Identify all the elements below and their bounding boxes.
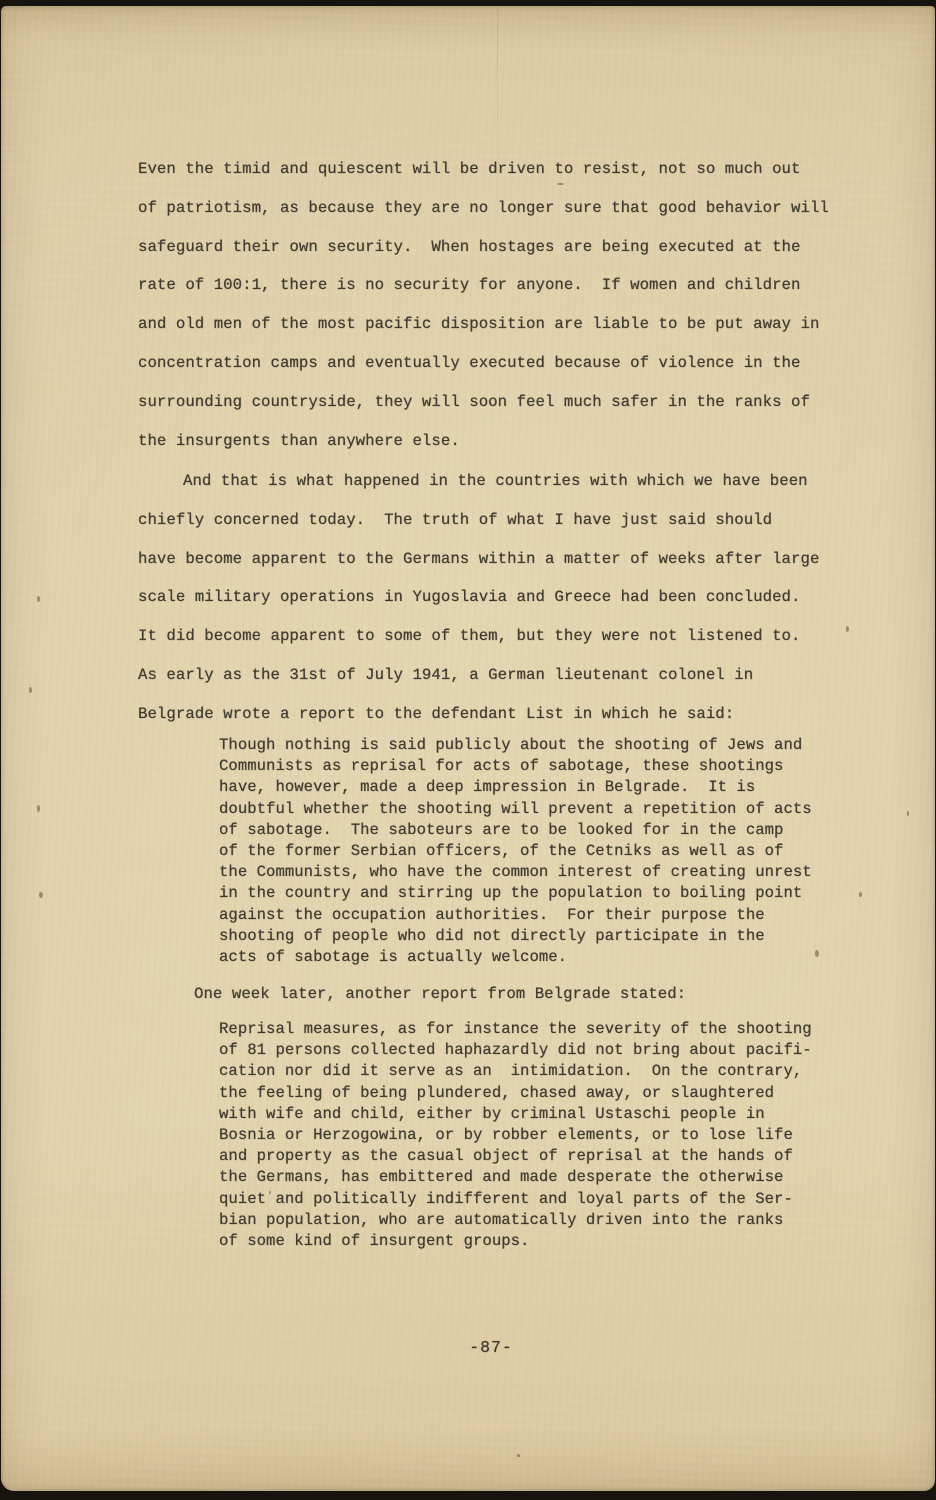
- paper-speck: [815, 950, 819, 957]
- paragraph-continuation: Even the timid and quiescent will be dri…: [138, 150, 829, 460]
- paper-speck: [859, 892, 862, 897]
- document-page: Even the timid and quiescent will be dri…: [1, 6, 935, 1491]
- block-quote-first-report: Though nothing is said publicly about th…: [219, 735, 812, 968]
- paper-speck: [517, 1454, 520, 1457]
- block-quote-second-report: Reprisal measures, as for instance the s…: [219, 1019, 812, 1252]
- transition-line: One week later, another report from Belg…: [194, 984, 686, 1005]
- page-number: -87-: [469, 1338, 513, 1357]
- document-scan: Even the timid and quiescent will be dri…: [0, 0, 936, 1500]
- paper-speck: [37, 596, 40, 602]
- paper-speck: [37, 805, 40, 812]
- paragraph-narrative: And that is what happened in the countri…: [138, 462, 819, 734]
- paper-speck: [39, 892, 43, 898]
- paper-speck: [907, 811, 909, 816]
- paper-speck: [846, 626, 849, 632]
- paper-speck: [29, 687, 32, 693]
